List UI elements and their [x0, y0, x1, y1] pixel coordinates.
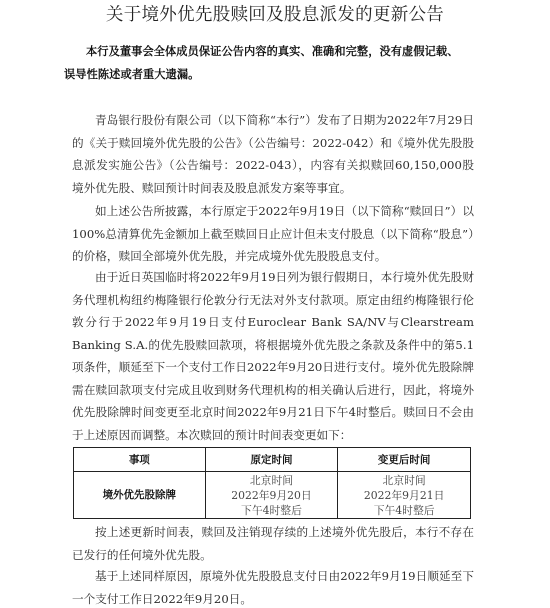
- paragraph-outcome: 按上述更新时间表，赎回及注销现存续的上述境外优先股后，本行不存在已发行的任何境外…: [72, 521, 474, 566]
- original-time-zone: 北京时间: [206, 473, 338, 488]
- changed-time-zone: 北京时间: [338, 473, 470, 488]
- paragraph-delay-reason: 由于近日英国临时将2022年9月19日列为银行假期日，本行境外优先股财务代理机构…: [72, 266, 474, 446]
- board-declaration: 本行及董事会全体成员保证公告内容的真实、准确和完整，没有虚假记载、误导性陈述或者…: [64, 40, 459, 86]
- table-row: 境外优先股除牌 北京时间 2022年9月20日 下午4时整后 北京时间 2022…: [74, 472, 471, 519]
- original-hour: 下午4时整后: [206, 503, 338, 518]
- table-header-row: 事项 原定时间 变更后时间: [74, 448, 471, 472]
- header-item: 事项: [74, 448, 206, 472]
- announcement-title: 关于境外优先股赎回及股息派发的更新公告: [0, 3, 550, 27]
- changed-date: 2022年9月21日: [338, 488, 470, 503]
- cell-original-time: 北京时间 2022年9月20日 下午4时整后: [205, 472, 338, 519]
- paragraph-background: 青岛银行股份有限公司（以下简称“本行”）发布了日期为2022年7月29日的《关于…: [72, 109, 474, 199]
- paragraph-original-plan: 如上述公告所披露，本行原定于2022年9月19日（以下简称“赎回日”）以100%…: [72, 200, 474, 268]
- header-original-time: 原定时间: [205, 448, 338, 472]
- header-changed-time: 变更后时间: [338, 448, 471, 472]
- schedule-table: 事项 原定时间 变更后时间 境外优先股除牌 北京时间 2022年9月20日 下午…: [73, 447, 471, 519]
- cell-changed-time: 北京时间 2022年9月21日 下午4时整后: [338, 472, 471, 519]
- paragraph-dividend-date: 基于上述同样原因，原境外优先股股息支付日由2022年9月19日顺延至下一个支付工…: [72, 565, 474, 608]
- original-date: 2022年9月20日: [206, 488, 338, 503]
- changed-hour: 下午4时整后: [338, 503, 470, 518]
- cell-item: 境外优先股除牌: [74, 472, 206, 519]
